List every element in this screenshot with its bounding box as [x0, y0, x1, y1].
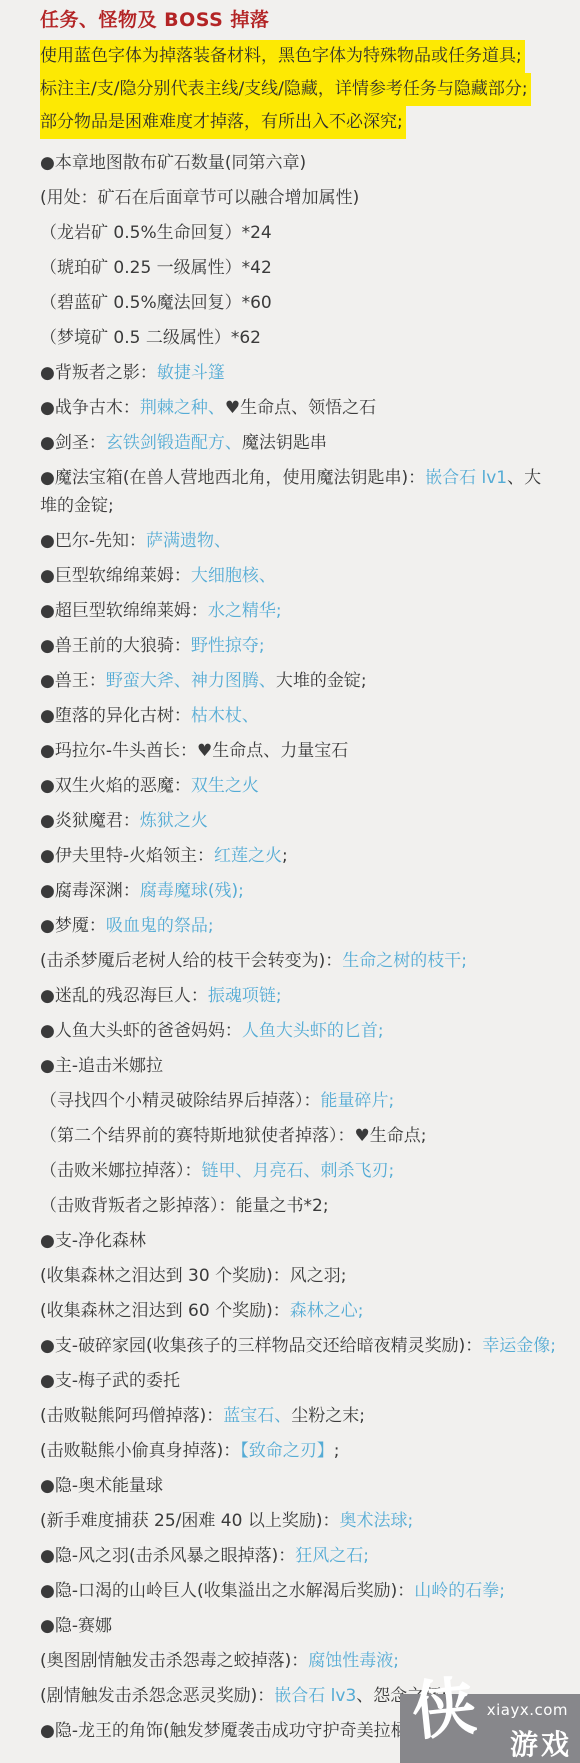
- drop-line: (奥图剧情触发击杀怨毒之蛟掉落)：腐蚀性毒液;: [40, 1647, 556, 1675]
- drop-line: ●支-梅子武的委托: [40, 1367, 556, 1395]
- item-name-blue: 狂风之石;: [295, 1546, 369, 1566]
- text-segment: ●双生火焰的恶魔：: [40, 776, 191, 796]
- text-segment: ●支-净化森林: [40, 1231, 146, 1251]
- item-name-blue: 大细胞核、: [191, 566, 276, 586]
- text-segment: ♥生命点、领悟之石: [225, 398, 376, 418]
- drop-line: ●隐-风之羽(击杀风暴之眼掉落)：狂风之石;: [40, 1542, 556, 1570]
- drop-line: （第二个结界前的赛特斯地狱使者掉落）：♥生命点;: [40, 1122, 556, 1150]
- text-segment: ●炎狱魔君：: [40, 811, 140, 831]
- text-segment: （碧蓝矿 0.5%魔法回复）*60: [40, 293, 272, 313]
- text-segment: (收集森林之泪达到 30 个奖励)：风之羽;: [40, 1266, 346, 1286]
- text-segment: ●巴尔-先知：: [40, 531, 146, 551]
- item-name-blue: 双生之火: [191, 776, 259, 796]
- text-segment: ●剑圣：: [40, 433, 106, 453]
- drop-line: ●玛拉尔-牛头酋长：♥生命点、力量宝石: [40, 737, 556, 765]
- drop-line: （寻找四个小精灵破除结界后掉落）：能量碎片;: [40, 1087, 556, 1115]
- item-name-blue: 腐毒魔球(残);: [140, 881, 244, 901]
- item-name-blue: 荆棘之种、: [140, 398, 225, 418]
- watermark-overlay: 侠 xiayx.com 游戏: [400, 1694, 580, 1763]
- item-name-blue: 生命之树的枝干;: [342, 951, 467, 971]
- item-name-blue: 水之精华;: [208, 601, 282, 621]
- text-segment: (击败鞑熊小偷真身掉落)：: [40, 1441, 240, 1461]
- text-segment: ●战争古木：: [40, 398, 140, 418]
- item-name-blue: 吸血鬼的祭品;: [106, 916, 214, 936]
- drop-line: ●梦魇：吸血鬼的祭品;: [40, 912, 556, 940]
- drop-line: ●本章地图散布矿石数量(同第六章): [40, 149, 556, 177]
- text-segment: （第二个结界前的赛特斯地狱使者掉落）：♥生命点;: [40, 1126, 426, 1146]
- text-segment: ;: [282, 846, 288, 866]
- drop-line: （琥珀矿 0.25 一级属性）*42: [40, 254, 556, 282]
- text-segment: ●超巨型软绵绵莱姆：: [40, 601, 208, 621]
- drop-line: ●炎狱魔君：炼狱之火: [40, 807, 556, 835]
- drop-line: ●双生火焰的恶魔：双生之火: [40, 772, 556, 800]
- drop-line: (新手难度捕获 25/困难 40 以上奖励)：奥术法球;: [40, 1507, 556, 1535]
- text-segment: ●本章地图散布矿石数量(同第六章): [40, 153, 306, 173]
- drop-line: ●迷乱的残忍海巨人：振魂项链;: [40, 982, 556, 1010]
- drop-line: （梦境矿 0.5 二级属性）*62: [40, 324, 556, 352]
- text-segment: ●堕落的异化古树：: [40, 706, 191, 726]
- text-segment: （梦境矿 0.5 二级属性）*62: [40, 328, 261, 348]
- item-name-blue: 野性掠夺;: [191, 636, 265, 656]
- item-name-blue: 野蛮大斧、神力图腾、: [106, 671, 276, 691]
- item-name-blue: 幸运金像;: [482, 1336, 556, 1356]
- text-segment: ●支-梅子武的委托: [40, 1371, 180, 1391]
- item-name-blue: 链甲、月亮石、刺杀飞刃;: [202, 1161, 395, 1181]
- item-name-blue: 腐蚀性毒液;: [308, 1651, 399, 1671]
- drop-line: (击败鞑熊小偷真身掉落)：【致命之刃】;: [40, 1437, 556, 1465]
- text-segment: (剧情触发击杀怨念恶灵奖励)：: [40, 1686, 274, 1706]
- text-segment: 尘粉之末;: [291, 1406, 365, 1426]
- text-segment: 大堆的金锭;: [276, 671, 367, 691]
- text-segment: ●兽王：: [40, 671, 106, 691]
- item-name-blue: 人鱼大头虾的匕首;: [242, 1021, 384, 1041]
- item-name-blue: 萨满遗物、: [146, 531, 231, 551]
- highlight-notes: 使用蓝色字体为掉落装备材料，黑色字体为特殊物品或任务道具; 标注主/支/隐分别代…: [40, 40, 556, 139]
- item-name-blue: 【致命之刃】: [240, 1441, 334, 1461]
- text-segment: ●梦魇：: [40, 916, 106, 936]
- text-segment: (击杀梦魇后老树人给的枝干会转变为)：: [40, 951, 342, 971]
- text-segment: （琥珀矿 0.25 一级属性）*42: [40, 258, 272, 278]
- item-name-blue: 枯木杖、: [191, 706, 259, 726]
- item-name-blue: 敏捷斗篷: [157, 363, 225, 383]
- watermark-logo-xia: 侠: [409, 1675, 479, 1745]
- watermark-site-url: xiayx.com: [487, 1701, 568, 1719]
- drop-line: ●巴尔-先知：萨满遗物、: [40, 527, 556, 555]
- text-segment: ●腐毒深渊：: [40, 881, 140, 901]
- text-segment: （寻找四个小精灵破除结界后掉落）：: [40, 1091, 321, 1111]
- item-name-blue: 嵌合石 lv1: [425, 468, 507, 488]
- drop-line: ●支-净化森林: [40, 1227, 556, 1255]
- text-segment: (击败鞑熊阿玛僧掉落)：: [40, 1406, 223, 1426]
- text-segment: (收集森林之泪达到 60 个奖励)：: [40, 1301, 290, 1321]
- drop-line: ●腐毒深渊：腐毒魔球(残);: [40, 877, 556, 905]
- drop-line: （击败背叛者之影掉落）：能量之书*2;: [40, 1192, 556, 1220]
- drop-line: ●背叛者之影：敏捷斗篷: [40, 359, 556, 387]
- text-segment: (用处：矿石在后面章节可以融合增加属性): [40, 188, 359, 208]
- drop-line: ●主-追击米娜拉: [40, 1052, 556, 1080]
- drop-line: ●兽王前的大狼骑：野性掠夺;: [40, 632, 556, 660]
- text-segment: ●隐-奥术能量球: [40, 1476, 163, 1496]
- text-segment: (奥图剧情触发击杀怨毒之蛟掉落)：: [40, 1651, 308, 1671]
- item-name-blue: 红莲之火: [214, 846, 282, 866]
- text-segment: (新手难度捕获 25/困难 40 以上奖励)：: [40, 1511, 339, 1531]
- drop-list: ●本章地图散布矿石数量(同第六章)(用处：矿石在后面章节可以融合增加属性)（龙岩…: [40, 149, 556, 1745]
- item-name-blue: 森林之心;: [290, 1301, 364, 1321]
- note-highlight-text: 标注主/支/隐分别代表主线/支线/隐藏，详情参考任务与隐藏部分;: [40, 73, 531, 106]
- drop-line: (击败鞑熊阿玛僧掉落)：蓝宝石、尘粉之末;: [40, 1402, 556, 1430]
- item-name-blue: 玄铁剑锻造配方、: [106, 433, 242, 453]
- guide-page: 任务、怪物及 BOSS 掉落 使用蓝色字体为掉落装备材料，黑色字体为特殊物品或任…: [0, 0, 580, 1763]
- item-name-blue: 蓝宝石、: [223, 1406, 291, 1426]
- item-name-blue: 嵌合石 lv3: [274, 1686, 356, 1706]
- text-segment: ●主-追击米娜拉: [40, 1056, 163, 1076]
- text-segment: （龙岩矿 0.5%生命回复）*24: [40, 223, 272, 243]
- drop-line: ●巨型软绵绵莱姆：大细胞核、: [40, 562, 556, 590]
- text-segment: ●巨型软绵绵莱姆：: [40, 566, 191, 586]
- item-name-blue: 振魂项链;: [208, 986, 282, 1006]
- text-segment: ●背叛者之影：: [40, 363, 157, 383]
- drop-line: ●战争古木：荆棘之种、♥生命点、领悟之石: [40, 394, 556, 422]
- text-segment: ●人鱼大头虾的爸爸妈妈：: [40, 1021, 242, 1041]
- drop-line: ●隐-口渴的山岭巨人(收集溢出之水解渴后奖励)：山岭的石拳;: [40, 1577, 556, 1605]
- watermark-logo-youxi: 游戏: [510, 1731, 572, 1759]
- drop-line: ●伊夫里特-火焰领主：红莲之火;: [40, 842, 556, 870]
- drop-line: ●堕落的异化古树：枯木杖、: [40, 702, 556, 730]
- item-name-blue: 炼狱之火: [140, 811, 208, 831]
- item-name-blue: 山岭的石拳;: [414, 1581, 505, 1601]
- text-segment: ●兽王前的大狼骑：: [40, 636, 191, 656]
- text-segment: ●隐-风之羽(击杀风暴之眼掉落)：: [40, 1546, 295, 1566]
- text-segment: （击败背叛者之影掉落）：能量之书*2;: [40, 1196, 329, 1216]
- text-segment: 魔法钥匙串: [242, 433, 327, 453]
- text-segment: ●隐-赛娜: [40, 1616, 112, 1636]
- text-segment: （击败米娜拉掉落）：: [40, 1161, 202, 1181]
- text-segment: ●支-破碎家园(收集孩子的三样物品交还给暗夜精灵奖励)：: [40, 1336, 482, 1356]
- guide-content: 任务、怪物及 BOSS 掉落 使用蓝色字体为掉落装备材料，黑色字体为特殊物品或任…: [0, 0, 580, 1745]
- item-name-blue: 奥术法球;: [339, 1511, 413, 1531]
- note-line: 标注主/支/隐分别代表主线/支线/隐藏，详情参考任务与隐藏部分;: [40, 73, 556, 106]
- note-highlight-text: 部分物品是困难难度才掉落，有所出入不必深究;: [40, 106, 406, 139]
- text-segment: ●隐-口渴的山岭巨人(收集溢出之水解渴后奖励)：: [40, 1581, 414, 1601]
- drop-line: ●人鱼大头虾的爸爸妈妈：人鱼大头虾的匕首;: [40, 1017, 556, 1045]
- drop-line: ●隐-赛娜: [40, 1612, 556, 1640]
- note-highlight-text: 使用蓝色字体为掉落装备材料，黑色字体为特殊物品或任务道具;: [40, 40, 525, 73]
- text-segment: ●玛拉尔-牛头酋长：♥生命点、力量宝石: [40, 741, 348, 761]
- drop-line: ●支-破碎家园(收集孩子的三样物品交还给暗夜精灵奖励)：幸运金像;: [40, 1332, 556, 1360]
- item-name-blue: 能量碎片;: [321, 1091, 395, 1111]
- page-title: 任务、怪物及 BOSS 掉落: [40, 8, 556, 32]
- text-segment: ●魔法宝箱(在兽人营地西北角，使用魔法钥匙串)：: [40, 468, 425, 488]
- drop-line: (收集森林之泪达到 60 个奖励)：森林之心;: [40, 1297, 556, 1325]
- note-line: 使用蓝色字体为掉落装备材料，黑色字体为特殊物品或任务道具;: [40, 40, 556, 73]
- drop-line: ●剑圣：玄铁剑锻造配方、魔法钥匙串: [40, 429, 556, 457]
- drop-line: （碧蓝矿 0.5%魔法回复）*60: [40, 289, 556, 317]
- text-segment: ●迷乱的残忍海巨人：: [40, 986, 208, 1006]
- drop-line: (击杀梦魇后老树人给的枝干会转变为)：生命之树的枝干;: [40, 947, 556, 975]
- drop-line: （龙岩矿 0.5%生命回复）*24: [40, 219, 556, 247]
- drop-line: ●兽王：野蛮大斧、神力图腾、大堆的金锭;: [40, 667, 556, 695]
- text-segment: ;: [334, 1441, 340, 1461]
- text-segment: ●伊夫里特-火焰领主：: [40, 846, 214, 866]
- drop-line: (用处：矿石在后面章节可以融合增加属性): [40, 184, 556, 212]
- drop-line: ●隐-奥术能量球: [40, 1472, 556, 1500]
- drop-line: ●超巨型软绵绵莱姆：水之精华;: [40, 597, 556, 625]
- drop-line: (收集森林之泪达到 30 个奖励)：风之羽;: [40, 1262, 556, 1290]
- note-line: 部分物品是困难难度才掉落，有所出入不必深究;: [40, 106, 556, 139]
- drop-line: ●魔法宝箱(在兽人营地西北角，使用魔法钥匙串)：嵌合石 lv1、大堆的金锭;: [40, 464, 556, 520]
- drop-line: （击败米娜拉掉落）：链甲、月亮石、刺杀飞刃;: [40, 1157, 556, 1185]
